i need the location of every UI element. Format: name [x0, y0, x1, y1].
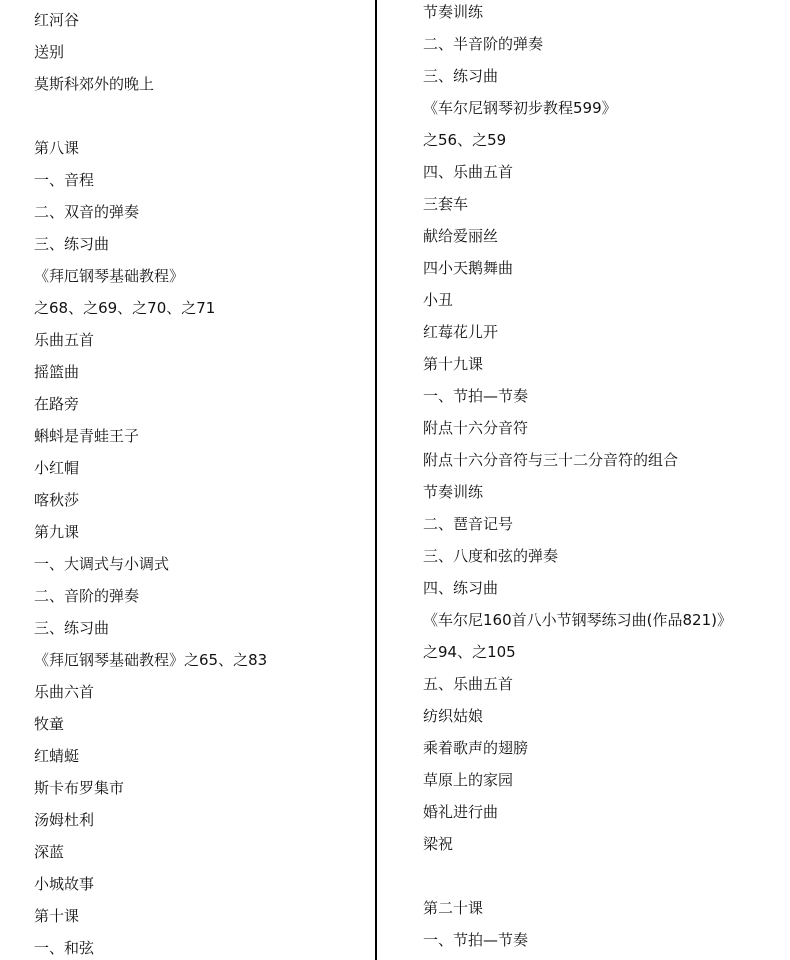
text-line: 《车尔尼160首八小节钢琴练习曲(作品821)》: [423, 604, 783, 636]
text-line: 三、练习曲: [34, 228, 364, 260]
text-line: 一、大调式与小调式: [34, 548, 364, 580]
text-line: 节奏训练: [423, 0, 783, 28]
column-divider: [375, 0, 377, 960]
lesson-heading: 第十九课: [423, 348, 783, 380]
text-line: 草原上的家园: [423, 764, 783, 796]
text-line: 一、节拍—节奏: [423, 924, 783, 956]
text-line: 乘着歌声的翅膀: [423, 732, 783, 764]
text-line: 三、练习曲: [34, 612, 364, 644]
text-line: 蝌蚪是青蛙王子: [34, 420, 364, 452]
text-line: 之94、之105: [423, 636, 783, 668]
lesson-heading: 第二十课: [423, 892, 783, 924]
text-line: 四小天鹅舞曲: [423, 252, 783, 284]
text-line: 三套车: [423, 188, 783, 220]
lesson-heading: 第十课: [34, 900, 364, 932]
text-line: 红莓花儿开: [423, 316, 783, 348]
text-line: 四、练习曲: [423, 572, 783, 604]
text-line: 节奏训练: [423, 476, 783, 508]
text-line: 三、练习曲: [423, 60, 783, 92]
text-line: 摇篮曲: [34, 356, 364, 388]
text-line: 莫斯科郊外的晚上: [34, 68, 364, 100]
blank-line: [34, 100, 364, 132]
text-line: 二、音阶的弹奏: [34, 580, 364, 612]
text-line: 献给爱丽丝: [423, 220, 783, 252]
text-line: 小城故事: [34, 868, 364, 900]
text-line: 《车尔尼钢琴初步教程599》: [423, 92, 783, 124]
text-line: 乐曲五首: [34, 324, 364, 356]
text-line: 喀秋莎: [34, 484, 364, 516]
text-line: 斯卡布罗集市: [34, 772, 364, 804]
text-line: 在路旁: [34, 388, 364, 420]
text-line: 红蜻蜓: [34, 740, 364, 772]
text-line: 一、节拍—节奏: [423, 380, 783, 412]
text-line: 深蓝: [34, 836, 364, 868]
text-line: 汤姆杜利: [34, 804, 364, 836]
text-line: 梁祝: [423, 828, 783, 860]
blank-line: [423, 860, 783, 892]
text-line: 婚礼进行曲: [423, 796, 783, 828]
lesson-heading: 第九课: [34, 516, 364, 548]
text-line: 一、和弦: [34, 932, 364, 960]
text-line: 纺织姑娘: [423, 700, 783, 732]
text-line: 二、半音阶的弹奏: [423, 28, 783, 60]
text-line: 小丑: [423, 284, 783, 316]
text-line: 一、音程: [34, 164, 364, 196]
text-line: 附点十六分音符与三十二分音符的组合: [423, 444, 783, 476]
right-column: 节奏训练 二、半音阶的弹奏 三、练习曲 《车尔尼钢琴初步教程599》 之56、之…: [423, 0, 783, 956]
left-column: 红河谷 送别 莫斯科郊外的晚上 第八课 一、音程 二、双音的弹奏 三、练习曲 《…: [34, 4, 364, 960]
text-line: 附点十六分音符: [423, 412, 783, 444]
text-line: 牧童: [34, 708, 364, 740]
text-line: 二、琶音记号: [423, 508, 783, 540]
text-line: 送别: [34, 36, 364, 68]
text-line: 乐曲六首: [34, 676, 364, 708]
text-line: 《拜厄钢琴基础教程》之65、之83: [34, 644, 364, 676]
text-line: 四、乐曲五首: [423, 156, 783, 188]
text-line: 二、双音的弹奏: [34, 196, 364, 228]
text-line: 三、八度和弦的弹奏: [423, 540, 783, 572]
lesson-heading: 第八课: [34, 132, 364, 164]
text-line: 之68、之69、之70、之71: [34, 292, 364, 324]
text-line: 红河谷: [34, 4, 364, 36]
text-line: 小红帽: [34, 452, 364, 484]
text-line: 《拜厄钢琴基础教程》: [34, 260, 364, 292]
text-line: 五、乐曲五首: [423, 668, 783, 700]
text-line: 之56、之59: [423, 124, 783, 156]
